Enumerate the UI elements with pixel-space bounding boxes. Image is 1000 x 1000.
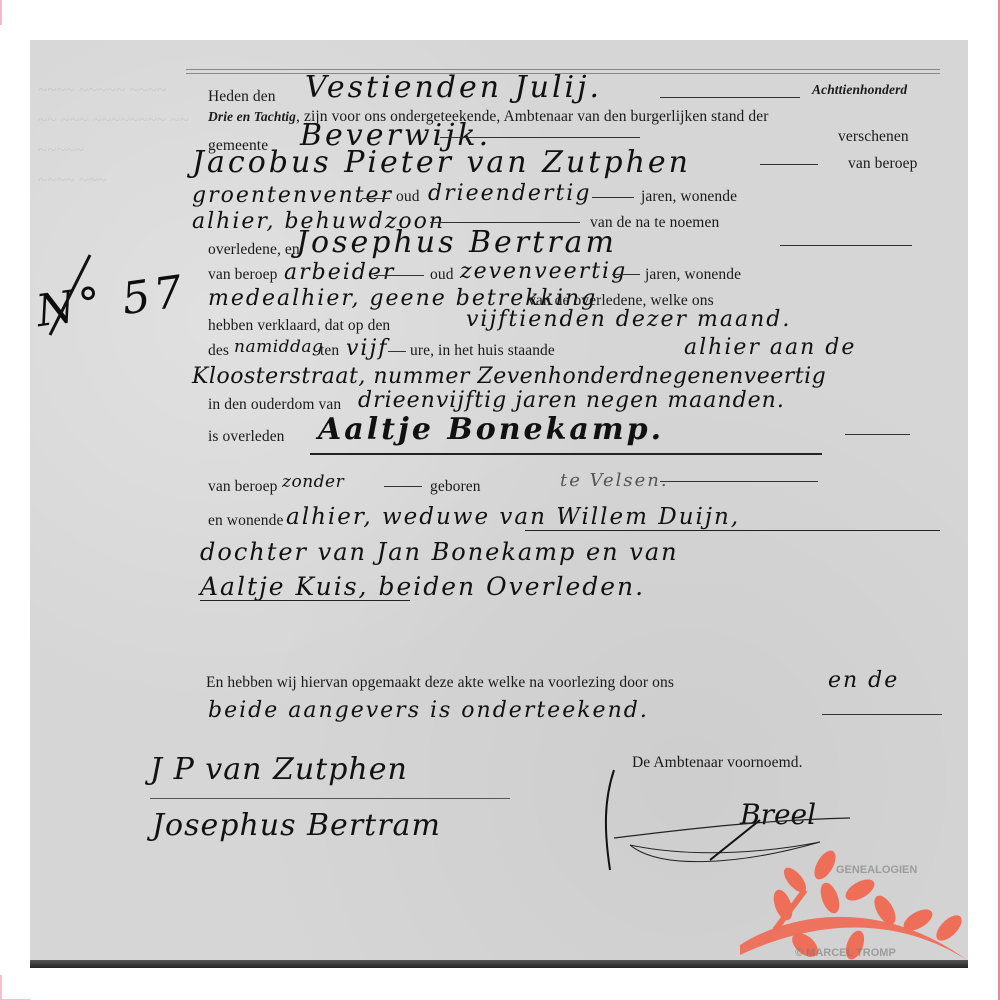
printed-heden-den: Heden den bbox=[208, 88, 276, 105]
hw-time-of-day: namiddag bbox=[234, 337, 323, 357]
printed-van-beroep: van beroep bbox=[208, 266, 277, 284]
hw-deceased-occupation: zonder bbox=[282, 472, 344, 492]
bleed-through-text: ~~ ~~~ ~~~~~~~~ ~~ bbox=[38, 110, 189, 130]
hw-birthplace: te Velsen. bbox=[560, 470, 669, 491]
printed-oud: oud bbox=[430, 266, 454, 284]
mother-name-underline bbox=[200, 600, 410, 601]
fill-line bbox=[760, 164, 818, 165]
bleed-through-text: ~~~~~ bbox=[38, 140, 84, 160]
hw-declarant2-name: Josephus Bertram bbox=[296, 225, 617, 260]
widow-underline bbox=[525, 530, 940, 531]
line-heden: Heden den bbox=[208, 88, 276, 106]
fill-line bbox=[845, 434, 910, 435]
fill-line bbox=[374, 275, 424, 276]
fill-line bbox=[384, 486, 422, 487]
hw-death-day: vijftienden dezer maand. bbox=[466, 307, 791, 332]
hw-hour: vijf bbox=[346, 336, 388, 361]
printed-year: Drie en Tachtig bbox=[208, 109, 296, 124]
hw-declarant2-occupation: arbeider bbox=[284, 260, 395, 285]
fill-line bbox=[822, 714, 942, 715]
printed-oud: oud bbox=[396, 188, 420, 206]
corner-accent bbox=[0, 0, 2, 25]
fill-line bbox=[362, 198, 390, 199]
fill-line bbox=[612, 274, 640, 275]
printed-en-wonende: en wonende bbox=[208, 512, 283, 530]
scan-bottom-edge bbox=[30, 960, 968, 968]
hw-deceased-name: Aaltje Bonekamp. bbox=[318, 412, 664, 447]
hw-place-1: alhier aan de bbox=[684, 335, 856, 360]
hw-declarant1-age: drieendertig bbox=[428, 181, 591, 206]
corner-accent bbox=[0, 975, 30, 1000]
hw-date: Vestienden Julij. bbox=[305, 70, 602, 105]
signature-line bbox=[150, 798, 510, 799]
bleed-through-text: ~~~~ ~~~ bbox=[38, 170, 107, 190]
fill-line bbox=[592, 197, 634, 198]
fill-line bbox=[780, 245, 912, 246]
hw-closing-2: beide aangevers is onderteekend. bbox=[208, 698, 649, 723]
printed-jaren-wonende: jaren, wonende bbox=[645, 266, 741, 284]
printed-van-beroep: van beroep bbox=[848, 155, 917, 173]
fill-line bbox=[440, 137, 640, 138]
hw-declarant1-name: Jacobus Pieter van Zutphen bbox=[192, 145, 691, 180]
watermark-top-text: GENEALOGIEN bbox=[836, 864, 917, 876]
printed-des: des bbox=[208, 342, 229, 360]
printed-ure-in-het-huis: ure, in het huis staande bbox=[410, 342, 555, 360]
watermark-copyright-text: © MARCEL TROMP bbox=[795, 947, 896, 959]
printed-verschenen: verschenen bbox=[838, 128, 909, 146]
hw-declarant1-occupation: groentenventer bbox=[192, 183, 393, 208]
printed-closing: En hebben wij hiervan opgemaakt deze akt… bbox=[206, 674, 674, 692]
printed-ten: ten bbox=[320, 342, 339, 360]
hw-declarant2-age: zevenveertig bbox=[460, 259, 627, 284]
signature-declarant1: J P van Zutphen bbox=[150, 752, 408, 787]
printed-hebben-verklaard: hebben verklaard, dat op den bbox=[208, 317, 390, 335]
hw-closing-1: en de bbox=[828, 668, 899, 693]
fill-line bbox=[388, 351, 406, 352]
printed-jaren-wonende: jaren, wonende bbox=[641, 188, 737, 206]
hw-place-2: Kloosterstraat, nummer Zevenhonderdnegen… bbox=[192, 364, 826, 389]
bleed-through-text: ~~~~ ~~~~~ ~~~~ bbox=[38, 80, 166, 100]
hw-parents-1: dochter van Jan Bonekamp en van bbox=[200, 538, 679, 566]
printed-geboren: geboren bbox=[430, 478, 481, 496]
printed-van-beroep: van beroep bbox=[208, 478, 277, 496]
signature-declarant2: Josephus Bertram bbox=[152, 808, 441, 843]
printed-overledene-en: overledene, en bbox=[208, 241, 300, 259]
printed-is-overleden: is overleden bbox=[208, 428, 285, 446]
hw-age-deceased: drieenvijftig jaren negen maanden. bbox=[358, 388, 785, 413]
hw-parents-2: Aaltje Kuis, beiden Overleden. bbox=[200, 572, 645, 601]
deceased-name-underline bbox=[310, 453, 822, 455]
fill-line bbox=[660, 97, 800, 98]
fill-line bbox=[660, 481, 818, 482]
fill-line bbox=[430, 222, 580, 223]
number-flourish bbox=[30, 250, 110, 350]
hw-residence-widow: alhier, weduwe van Willem Duijn, bbox=[286, 504, 740, 530]
printed-achttienhonderd: Achttienhonderd bbox=[812, 82, 907, 98]
